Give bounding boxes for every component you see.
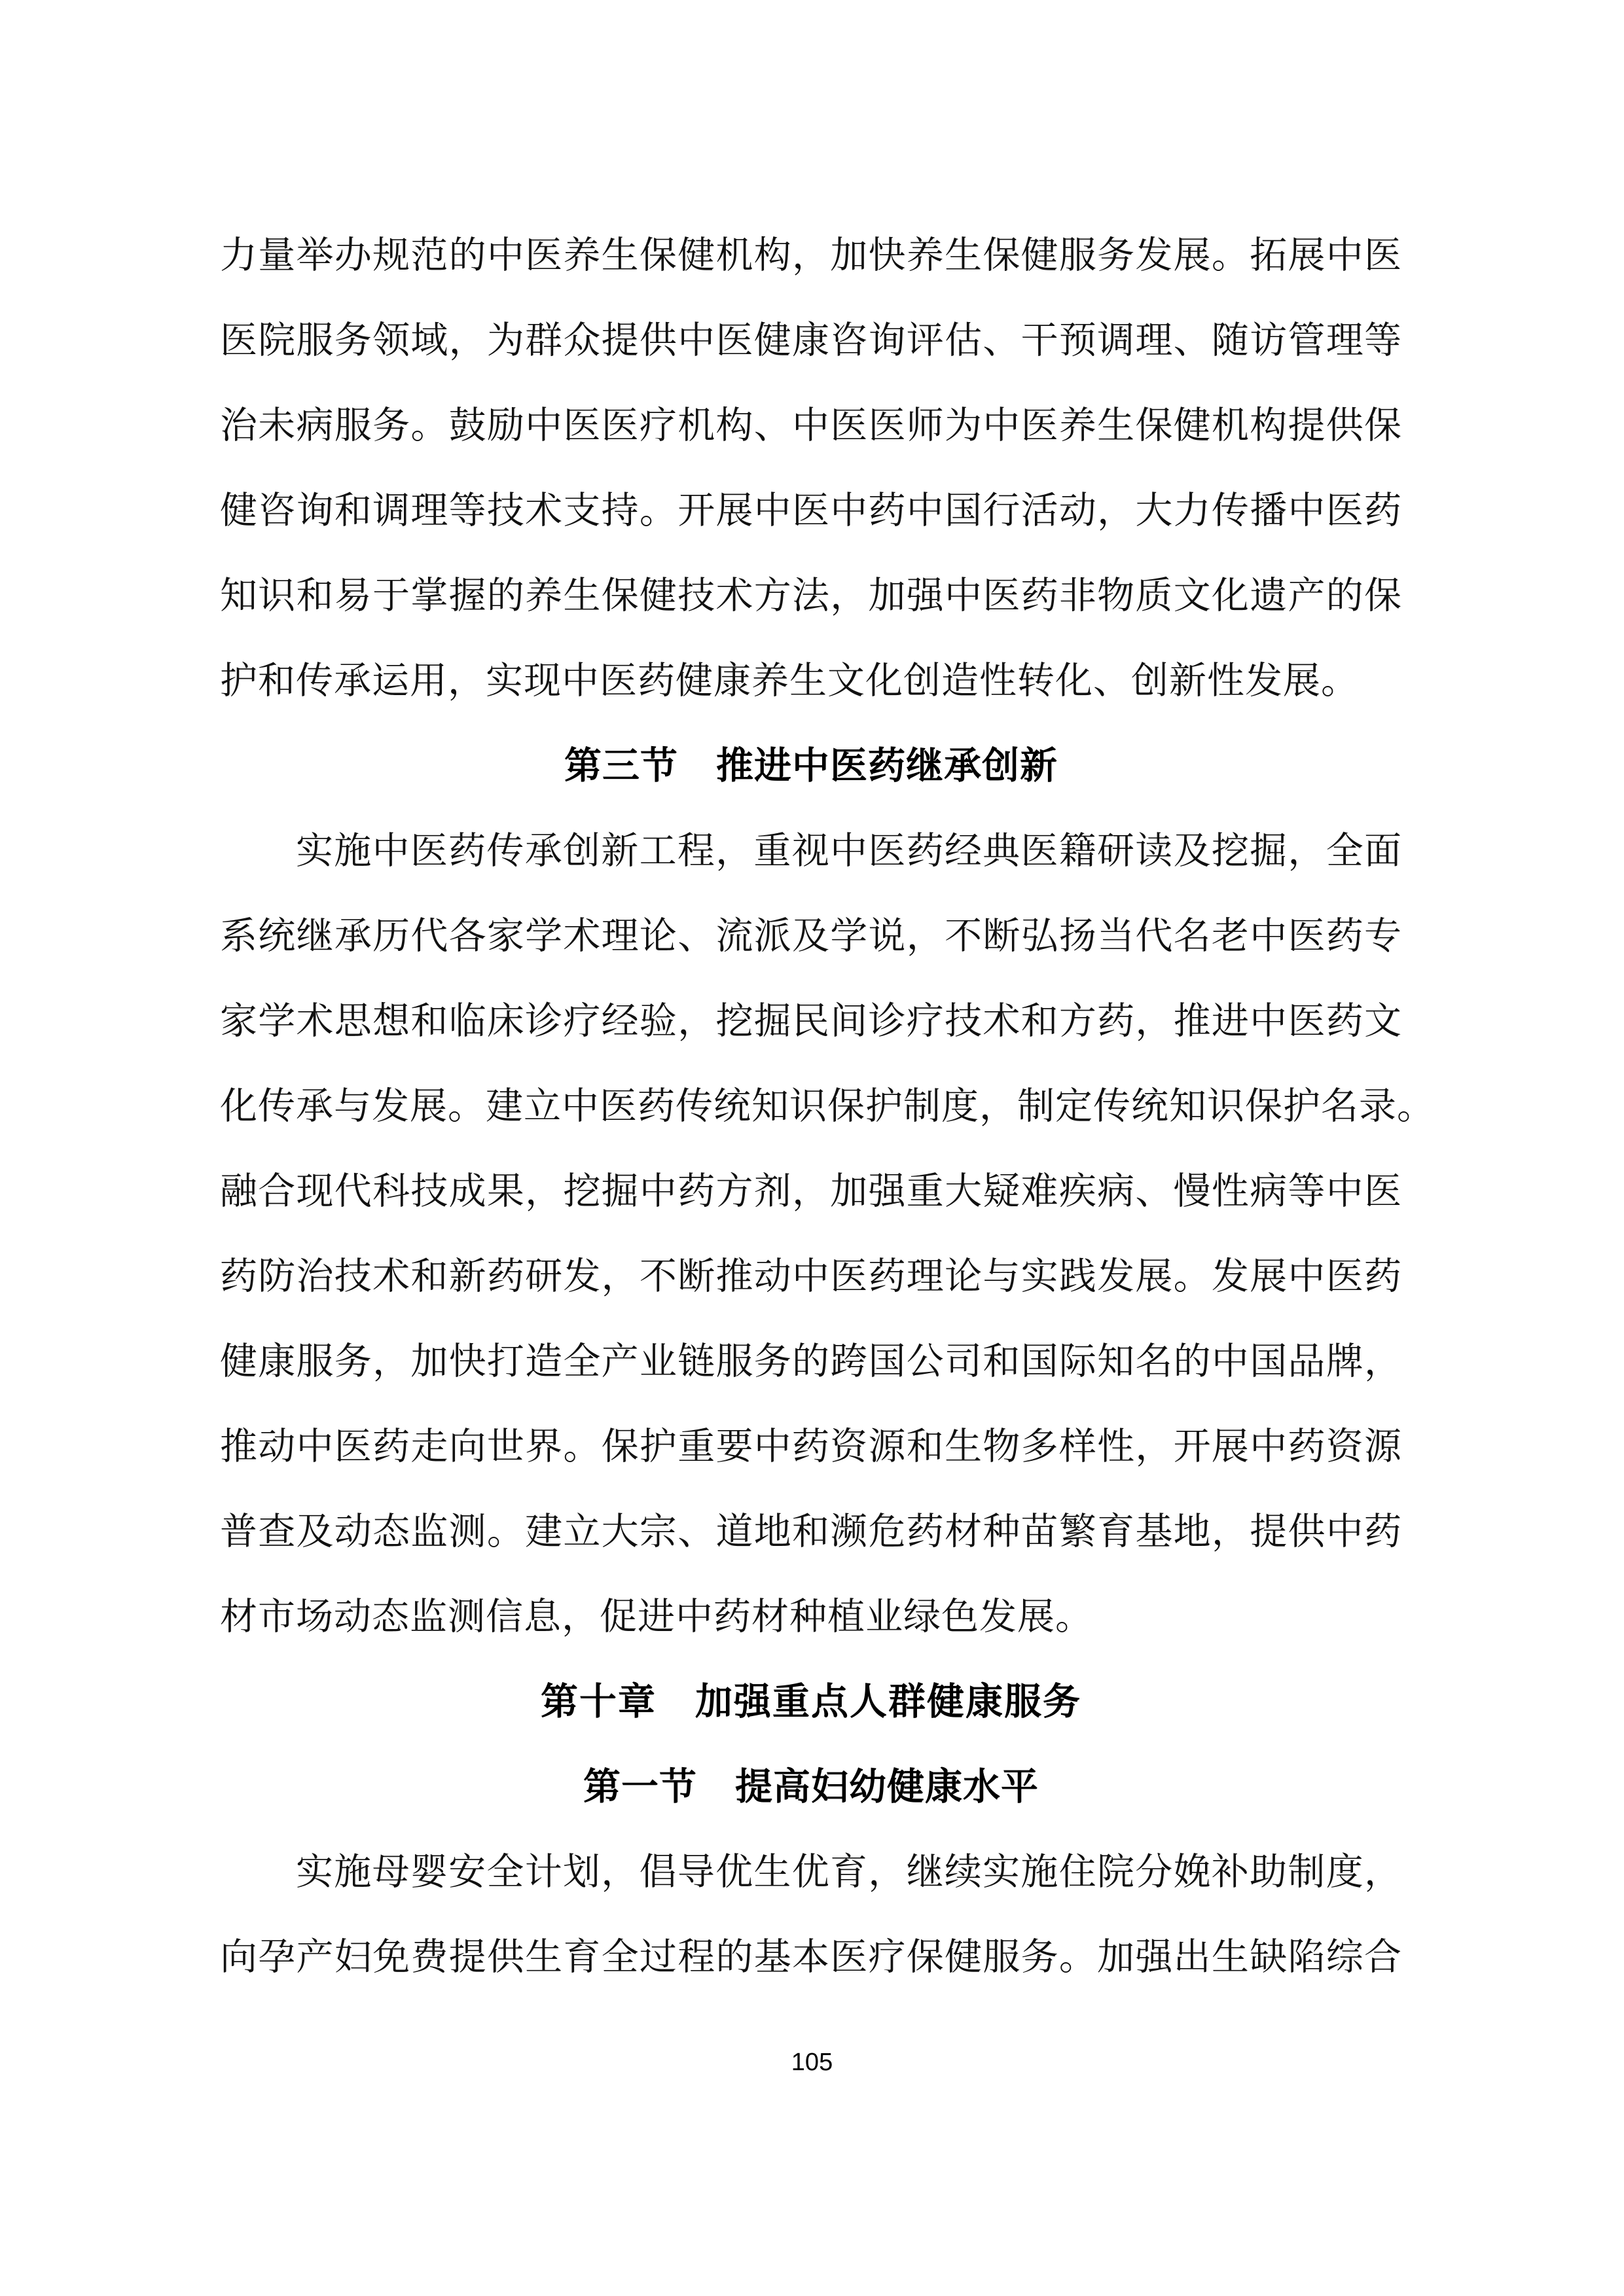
body-line-paragraph-end: 材市场动态监测信息，促进中药材种植业绿色发展。 bbox=[220, 1594, 1402, 1679]
body-line: 推动中医药走向世界。保护重要中药资源和生物多样性，开展中药资源 bbox=[220, 1424, 1402, 1509]
body-line: 家学术思想和临床诊疗经验，挖掘民间诊疗技术和方药，推进中医药文 bbox=[220, 998, 1402, 1083]
document-page: 力量举办规范的中医养生保健机构，加快养生保健服务发展。拓展中医 医院服务领域，为… bbox=[0, 0, 1624, 2296]
body-line: 医院服务领域，为群众提供中医健康咨询评估、干预调理、随访管理等 bbox=[220, 317, 1402, 403]
section-heading: 第一节 提高妇幼健康水平 bbox=[220, 1764, 1402, 1849]
body-line: 健咨询和调理等技术支持。开展中医中药中国行活动，大力传播中医药 bbox=[220, 488, 1402, 573]
body-line: 治未病服务。鼓励中医医疗机构、中医医师为中医养生保健机构提供保 bbox=[220, 403, 1402, 488]
body-line: 化传承与发展。建立中医药传统知识保护制度，制定传统知识保护名录。 bbox=[220, 1083, 1402, 1168]
chapter-heading: 第十章 加强重点人群健康服务 bbox=[220, 1679, 1402, 1764]
body-line: 药防治技术和新药研发，不断推动中医药理论与实践发展。发展中医药 bbox=[220, 1253, 1402, 1338]
body-line: 健康服务，加快打造全产业链服务的跨国公司和国际知名的中国品牌， bbox=[220, 1338, 1402, 1424]
body-line: 知识和易于掌握的养生保健技术方法，加强中医药非物质文化遗产的保 bbox=[220, 573, 1402, 658]
body-line: 系统继承历代各家学术理论、流派及学说，不断弘扬当代名老中医药专 bbox=[220, 913, 1402, 998]
page-number: 105 bbox=[0, 2049, 1624, 2077]
body-line: 融合现代科技成果，挖掘中药方剂，加强重大疑难疾病、慢性病等中医 bbox=[220, 1168, 1402, 1253]
body-line: 向孕产妇免费提供生育全过程的基本医疗保健服务。加强出生缺陷综合 bbox=[220, 1934, 1402, 2019]
body-line-paragraph-start: 实施中医药传承创新工程，重视中医药经典医籍研读及挖掘，全面 bbox=[220, 828, 1402, 913]
body-line: 普查及动态监测。建立大宗、道地和濒危药材种苗繁育基地，提供中药 bbox=[220, 1509, 1402, 1594]
body-line-paragraph-end: 护和传承运用，实现中医药健康养生文化创造性转化、创新性发展。 bbox=[220, 658, 1402, 743]
document-body: 力量举办规范的中医养生保健机构，加快养生保健服务发展。拓展中医 医院服务领域，为… bbox=[220, 232, 1402, 2019]
section-heading: 第三节 推进中医药继承创新 bbox=[220, 743, 1402, 828]
body-line-paragraph-start: 实施母婴安全计划，倡导优生优育，继续实施住院分娩补助制度， bbox=[220, 1849, 1402, 1934]
body-line: 力量举办规范的中医养生保健机构，加快养生保健服务发展。拓展中医 bbox=[220, 232, 1402, 317]
